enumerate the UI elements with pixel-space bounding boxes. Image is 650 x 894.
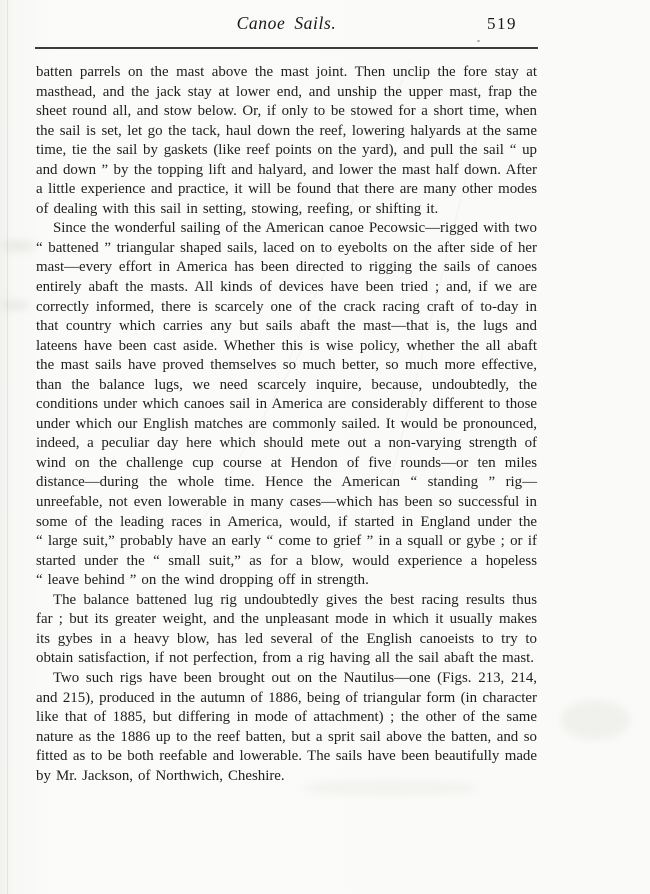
page-number: 519: [487, 14, 517, 34]
body-text: batten parrels on the mast above the mas…: [36, 63, 537, 786]
running-head-title: Canoe Sails.: [36, 13, 537, 34]
paragraph-4: Two such rigs have been brought out on t…: [36, 669, 537, 786]
scan-smudge: [2, 240, 36, 252]
scan-speck: [477, 40, 480, 42]
scan-smudge: [0, 300, 30, 310]
paragraph-1: batten parrels on the mast above the mas…: [36, 63, 537, 219]
paragraph-2: Since the wonderful sailing of the Ameri…: [36, 219, 537, 590]
running-header: Canoe Sails. 519: [36, 13, 537, 39]
scan-smudge: [560, 700, 630, 740]
paragraph-3: The balance battened lug rig undoubtedly…: [36, 591, 537, 669]
page-gutter-line: [7, 0, 8, 894]
header-rule: [35, 47, 538, 49]
book-page: Canoe Sails. 519 batten parrels on the m…: [0, 0, 650, 894]
